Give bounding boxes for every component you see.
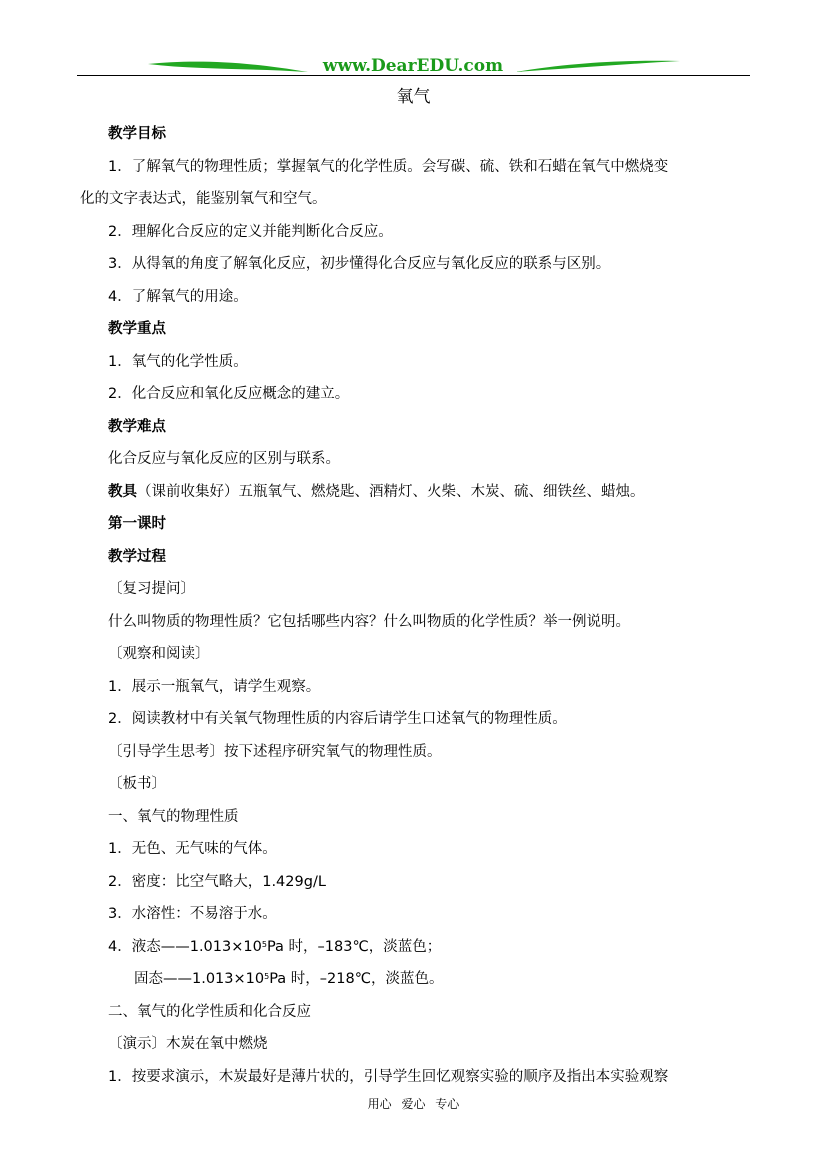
demo-label: 〔演示〕木炭在氧中燃烧 (108, 1028, 753, 1061)
materials-label: 教具 (108, 484, 137, 500)
physical-item-3: 3．水溶性：不易溶于水。 (108, 898, 753, 931)
state-liquid-suffix: Pa 时，–183℃，淡蓝色； (267, 939, 441, 955)
materials-text: （课前收集好）五瓶氧气、燃烧匙、酒精灯、火柴、木炭、硫、细铁丝、蜡烛。 (137, 484, 645, 500)
observe-label: 〔观察和阅读〕 (108, 638, 753, 671)
state-solid-suffix: Pa 时，–218℃，淡蓝色。 (269, 971, 443, 987)
physical-item-2: 2．密度：比空气略大，1.429g/L (108, 866, 753, 899)
board-label: 〔板书〕 (108, 768, 753, 801)
key-point-item-2: 2．化合反应和氧化反应概念的建立。 (108, 378, 753, 411)
materials-line: 教具（课前收集好）五瓶氧气、燃烧匙、酒精灯、火柴、木炭、硫、细铁丝、蜡烛。 (108, 476, 753, 509)
state-solid-prefix: 固态——1.013×10 (134, 971, 264, 987)
key-point-item-1: 1．氧气的化学性质。 (108, 346, 753, 379)
physical-item-1: 1．无色、无气味的气体。 (108, 833, 753, 866)
physical-heading: 一、氧气的物理性质 (108, 801, 753, 834)
difficulties-text: 化合反应与氧化反应的区别与联系。 (108, 443, 753, 476)
objective-item-1-line2: 化的文字表达式，能鉴别氧气和空气。 (80, 183, 753, 216)
logo-swoosh-right-icon (515, 58, 680, 74)
header-divider (77, 75, 750, 76)
page-footer: 用心 爱心 专心 (0, 1096, 827, 1112)
review-question: 什么叫物质的物理性质？它包括哪些内容？什么叫物质的化学性质？举一例说明。 (108, 606, 753, 639)
key-points-heading: 教学重点 (108, 313, 753, 346)
review-label: 〔复习提问〕 (108, 573, 753, 606)
logo-swoosh-left-icon (148, 58, 308, 74)
lesson-heading: 第一课时 (108, 508, 753, 541)
state-solid-exponent: 5 (264, 972, 269, 981)
page-header: www.DearEDU.com (0, 0, 827, 80)
demo-item-1: 1．按要求演示，木炭最好是薄片状的，引导学生回忆观察实验的顺序及指出本实验观察 (108, 1061, 753, 1094)
objective-item-3: 3．从得氧的角度了解氧化反应，初步懂得化合反应与氧化反应的联系与区别。 (108, 248, 753, 281)
objective-item-1-line1: 1．了解氧气的物理性质；掌握氧气的化学性质。会写碳、硫、铁和石蜡在氧气中燃烧变 (108, 151, 753, 184)
state-solid-line: 固态——1.013×105Pa 时，–218℃，淡蓝色。 (108, 963, 753, 996)
state-liquid-prefix: 4．液态——1.013×10 (108, 939, 262, 955)
document-title: 氧气 (0, 86, 827, 108)
document-body: 教学目标 1．了解氧气的物理性质；掌握氧气的化学性质。会写碳、硫、铁和石蜡在氧气… (108, 118, 753, 1093)
state-liquid-line: 4．液态——1.013×105Pa 时，–183℃，淡蓝色； (108, 931, 753, 964)
chemical-heading: 二、氧气的化学性质和化合反应 (108, 996, 753, 1029)
observe-item-2: 2．阅读教材中有关氧气物理性质的内容后请学生口述氧气的物理性质。 (108, 703, 753, 736)
objective-item-4: 4．了解氧气的用途。 (108, 281, 753, 314)
observe-item-1: 1．展示一瓶氧气，请学生观察。 (108, 671, 753, 704)
objective-item-2: 2．理解化合反应的定义并能判断化合反应。 (108, 216, 753, 249)
guide-text: 〔引导学生思考〕按下述程序研究氧气的物理性质。 (108, 736, 753, 769)
objectives-heading: 教学目标 (108, 118, 753, 151)
state-liquid-exponent: 5 (262, 940, 267, 949)
site-logo: www.DearEDU.com (308, 56, 518, 76)
difficulties-heading: 教学难点 (108, 411, 753, 444)
process-heading: 教学过程 (108, 541, 753, 574)
